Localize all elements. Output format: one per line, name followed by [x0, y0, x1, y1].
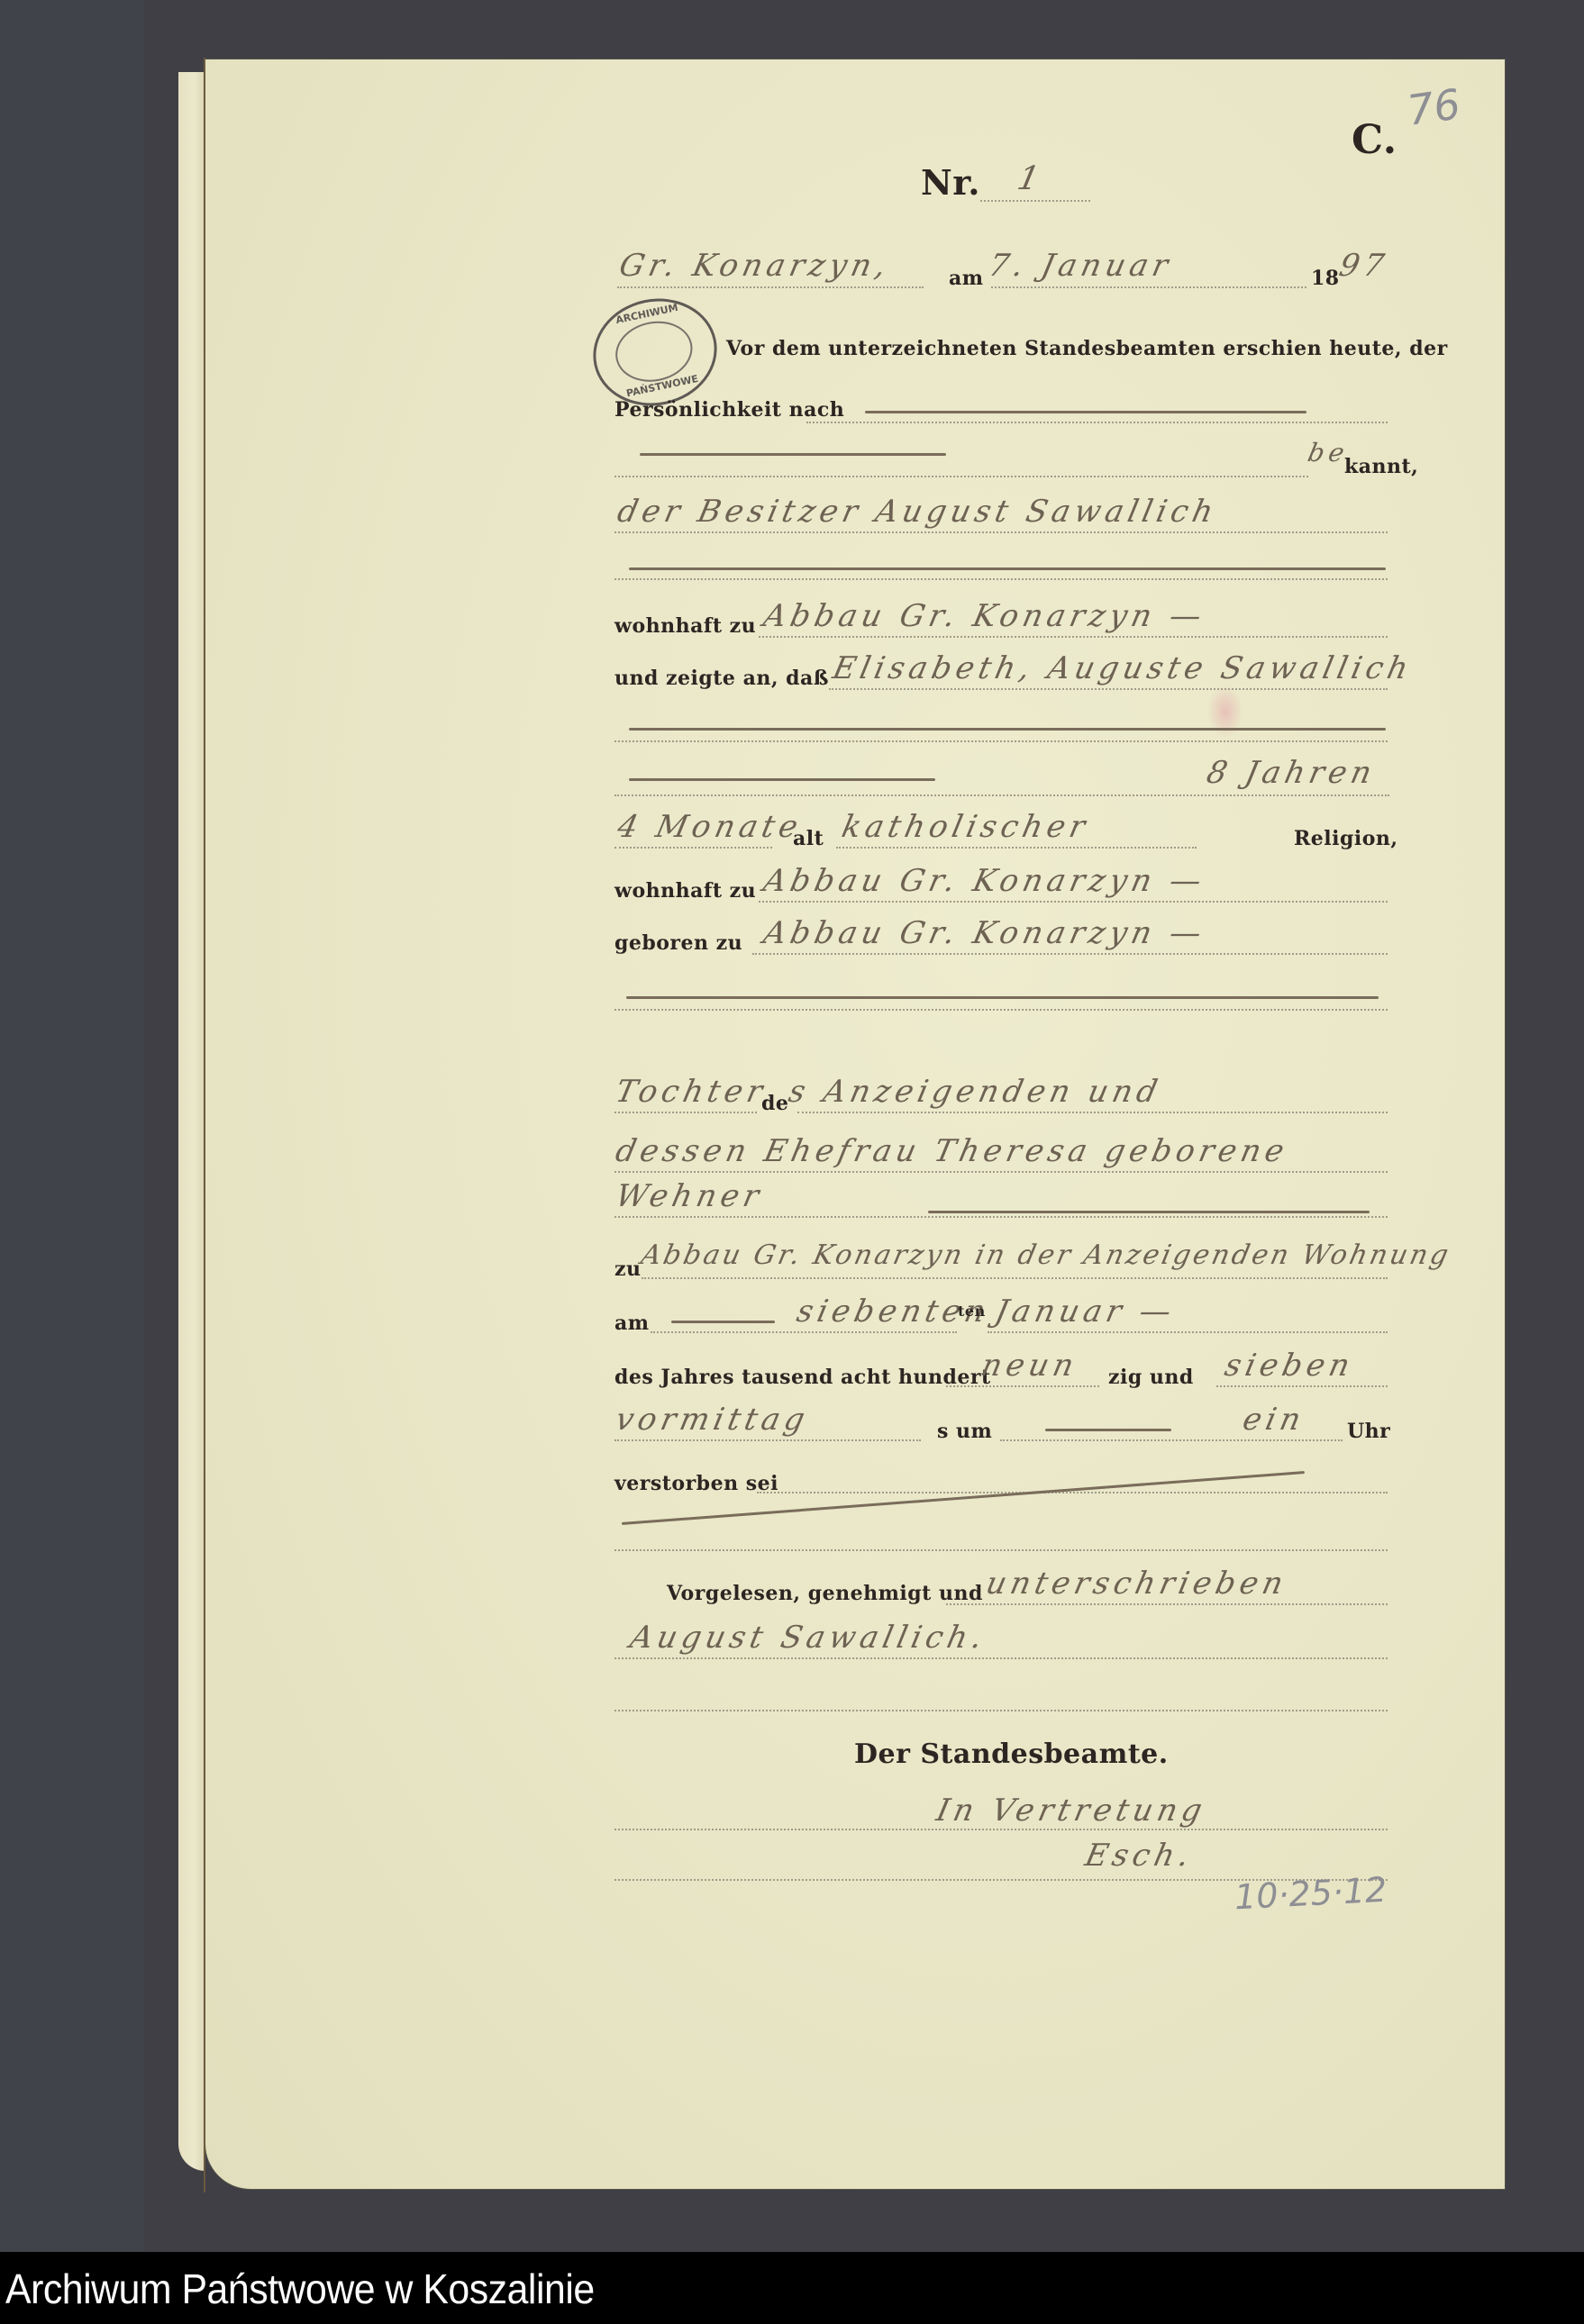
wohnhaft-line — [759, 636, 1388, 638]
verstorben-line — [757, 1492, 1388, 1493]
age-months: 4 Monate — [614, 809, 806, 845]
months-line — [614, 847, 772, 849]
strike-wave — [928, 1211, 1370, 1213]
deceased-name: Elisabeth, Auguste Sawallich — [830, 650, 1416, 686]
place-value: Gr. Konarzyn, — [616, 248, 894, 284]
blank-line — [614, 1009, 1388, 1011]
geboren-line — [752, 953, 1388, 955]
ten-suffix: ten — [958, 1303, 986, 1320]
death-place-line — [642, 1277, 1388, 1279]
blank-line — [614, 1549, 1388, 1551]
wohnhaft2-label: wohnhaft zu — [614, 879, 756, 903]
birthplace: Abbau Gr. Konarzyn — — [760, 915, 1209, 951]
record-number-line — [980, 200, 1090, 202]
blank-line — [614, 578, 1388, 580]
wohnhaft-label: wohnhaft zu — [614, 614, 756, 638]
alt-label: alt — [793, 827, 824, 850]
place-line — [617, 286, 924, 288]
bekannt-label: kannt, — [1344, 455, 1418, 478]
zu-label: zu — [614, 1257, 642, 1281]
page-fold-line — [204, 58, 205, 2192]
strike-line — [640, 453, 946, 456]
zeigte-label: und zeigte an, daß — [614, 667, 829, 690]
hour-line — [1000, 1439, 1343, 1441]
am-label: am — [949, 267, 984, 290]
death-day-line — [651, 1331, 957, 1333]
parent-line-3 — [614, 1216, 1388, 1218]
persoenlichkeit-line — [806, 422, 1388, 423]
unit-line — [1216, 1385, 1388, 1387]
decade-line — [946, 1385, 1099, 1387]
informant-line — [614, 531, 1388, 533]
uhr-label: Uhr — [1347, 1420, 1390, 1443]
s-um-label: s um — [937, 1420, 992, 1443]
parent-print-de: de — [761, 1092, 788, 1115]
parent-line-2 — [614, 1171, 1388, 1173]
record-label: Nr. — [921, 162, 980, 203]
year-unit: sieben — [1222, 1348, 1358, 1384]
date-line — [991, 286, 1306, 288]
archive-name: Archiwum Państwowe w Koszalinie — [5, 2265, 595, 2313]
age-years: 8 Jahren — [1204, 755, 1379, 791]
time-of-day-line — [614, 1439, 921, 1441]
death-place: Abbau Gr. Konarzyn in der Anzeigenden Wo… — [638, 1239, 1453, 1271]
official-line-1 — [614, 1829, 1388, 1830]
hour: ein — [1240, 1402, 1308, 1438]
informant-name: der Besitzer August Sawallich — [614, 494, 1221, 530]
vorgelesen-label: Vorgelesen, genehmigt und — [667, 1582, 983, 1605]
parent-line-1: s Anzeigenden und — [786, 1074, 1165, 1110]
parent-line-1b — [797, 1112, 1388, 1113]
pencil-page-number: 76 — [1405, 79, 1463, 135]
parent-relation: Tochter — [613, 1074, 770, 1110]
am-death-label: am — [614, 1312, 650, 1335]
document-page — [205, 59, 1505, 2189]
parent-line-2-text: dessen Ehefrau Theresa geborene — [613, 1133, 1292, 1169]
form-letter: C. — [1352, 117, 1397, 163]
strike-wave — [1045, 1429, 1171, 1431]
mother-maiden-name: Wehner — [613, 1178, 767, 1214]
zig-label: zig und — [1108, 1366, 1194, 1389]
informant-signature: August Sawallich. — [627, 1620, 990, 1656]
strike-line — [626, 996, 1379, 999]
informant-residence: Abbau Gr. Konarzyn — — [760, 598, 1209, 634]
verstorben-label: verstorben sei — [614, 1472, 778, 1495]
geboren-label: geboren zu — [614, 931, 742, 955]
religion-line — [836, 847, 1197, 849]
strike-line — [629, 778, 935, 781]
year-suffix: 97 — [1336, 248, 1392, 284]
official-signature-1: In Vertretung — [933, 1793, 1210, 1829]
book-cover-left — [0, 0, 144, 2252]
death-month-line — [988, 1331, 1388, 1333]
year-prefix: 18 — [1311, 267, 1340, 290]
blank-line — [614, 1710, 1388, 1711]
vorgelesen-line — [946, 1603, 1388, 1605]
pencil-reference: 10·25·12 — [1234, 1870, 1388, 1918]
jahres-label: des Jahres tausend acht hundert — [614, 1366, 991, 1389]
deceased-residence: Abbau Gr. Konarzyn — — [760, 863, 1209, 899]
official-title: Der Standesbeamte. — [854, 1738, 1169, 1770]
death-month: Januar — — [992, 1294, 1179, 1330]
year-decade: neun — [979, 1348, 1081, 1384]
ink-spot — [1207, 685, 1243, 739]
age-line — [614, 794, 1389, 796]
persoenlichkeit-label: Persönlichkeit nach — [614, 398, 844, 422]
time-of-day: vormittag — [613, 1402, 813, 1438]
archive-footer: Archiwum Państwowe w Koszalinie — [0, 2252, 1584, 2324]
bekannt-line — [614, 476, 1308, 477]
blank-line — [614, 740, 1388, 742]
deceased-line — [829, 688, 1388, 690]
intro-text: Vor dem unterzeichneten Standesbeamten e… — [726, 337, 1448, 360]
strike-line — [629, 567, 1386, 570]
parent-line-1a — [614, 1112, 757, 1113]
strike-line — [629, 728, 1386, 731]
date-value: 7. Januar — [986, 248, 1176, 284]
wohnhaft2-line — [759, 901, 1388, 903]
signature-line — [614, 1657, 1388, 1659]
official-signature-2: Esch. — [1082, 1838, 1197, 1874]
religion-value: katholischer — [839, 809, 1093, 845]
religion-label: Religion, — [1294, 827, 1398, 850]
vorgelesen-hand: unterschrieben — [983, 1566, 1291, 1602]
previous-page-edge — [178, 72, 205, 2171]
strike-line — [865, 411, 1306, 413]
strike-wave — [671, 1321, 775, 1323]
